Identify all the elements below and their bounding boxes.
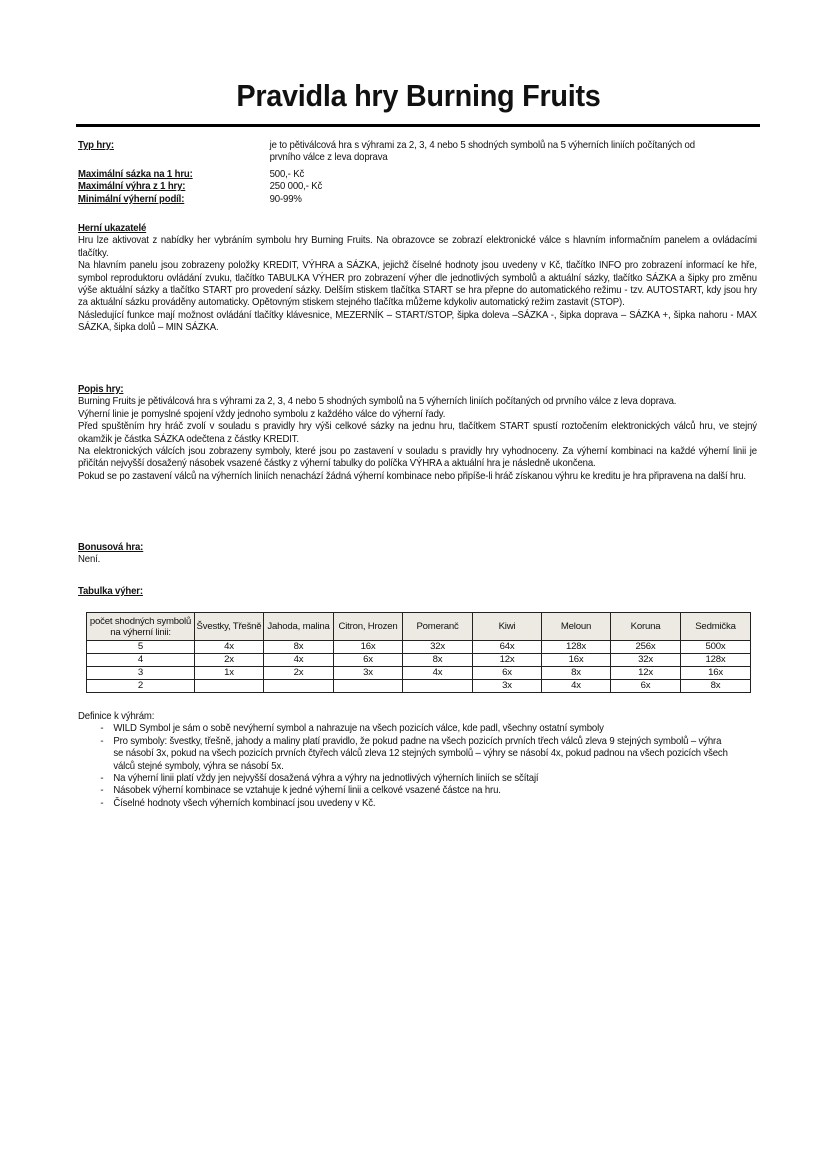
multiplier-cell: 16x	[334, 641, 403, 654]
info-value: 500,- Kč	[270, 169, 726, 181]
multiplier-cell: 4x	[264, 654, 334, 667]
definition-item: Pro symboly: švestky, třešně, jahody a m…	[100, 736, 729, 773]
info-value: 250 000,- Kč	[270, 181, 726, 193]
section-paytable: Tabulka výher:	[78, 586, 757, 598]
section-game-indicators: Herní ukazatelé Hru lze aktivovat z nabí…	[78, 223, 757, 335]
paytable-header-row: počet shodných symbolů na výherní linii:…	[87, 613, 751, 641]
info-label: Maximální výhra z 1 hry:	[78, 181, 185, 193]
info-row-max-bet: Maximální sázka na 1 hru: 500,- Kč	[78, 169, 729, 181]
multiplier-cell: 8x	[681, 680, 751, 693]
info-label: Maximální sázka na 1 hru:	[78, 169, 193, 181]
info-row-max-win: Maximální výhra z 1 hry: 250 000,- Kč	[78, 181, 729, 193]
paragraph: Na hlavním panelu jsou zobrazeny položky…	[78, 260, 757, 310]
paytable-column-header: Meloun	[542, 613, 611, 641]
paytable-row: 42x4x6x8x12x16x32x128x	[87, 654, 751, 667]
multiplier-cell	[195, 680, 264, 693]
info-row-game-type: Typ hry: je to pětiválcová hra s výhrami…	[78, 140, 729, 165]
multiplier-cell: 2x	[195, 654, 264, 667]
info-row-min-payout: Minimální výherní podíl: 90-99%	[78, 194, 729, 206]
multiplier-cell: 6x	[473, 667, 542, 680]
multiplier-cell: 8x	[403, 654, 473, 667]
paytable-column-header: Švestky, Třešně	[195, 613, 264, 641]
symbol-count-cell: 2	[87, 680, 195, 693]
paytable-row: 54x8x16x32x64x128x256x500x	[87, 641, 751, 654]
multiplier-cell: 32x	[611, 654, 681, 667]
paragraph: Před spuštěním hry hráč zvolí v souladu …	[78, 421, 757, 446]
symbol-count-cell: 5	[87, 641, 195, 654]
paytable-body: 54x8x16x32x64x128x256x500x42x4x6x8x12x16…	[87, 641, 751, 693]
multiplier-cell: 12x	[473, 654, 542, 667]
paragraph: Výherní linie je pomyslné spojení vždy j…	[78, 409, 757, 421]
multiplier-cell: 4x	[195, 641, 264, 654]
section-heading: Bonusová hra:	[78, 542, 757, 554]
definition-item: WILD Symbol je sám o sobě nevýherní symb…	[100, 723, 729, 735]
paytable-column-header: Sedmička	[681, 613, 751, 641]
multiplier-cell	[264, 680, 334, 693]
info-value: je to pětiválcová hra s výhrami za 2, 3,…	[270, 140, 726, 165]
multiplier-cell: 4x	[542, 680, 611, 693]
section-bonus-game: Bonusová hra: Není.	[78, 542, 757, 567]
paytable-column-header: Kiwi	[473, 613, 542, 641]
paragraph: Hru lze aktivovat z nabídky her vybráním…	[78, 235, 757, 260]
multiplier-cell: 8x	[542, 667, 611, 680]
multiplier-cell: 8x	[264, 641, 334, 654]
multiplier-cell: 32x	[403, 641, 473, 654]
multiplier-cell: 128x	[681, 654, 751, 667]
title-divider	[76, 124, 760, 127]
multiplier-cell	[334, 680, 403, 693]
symbol-count-cell: 4	[87, 654, 195, 667]
section-heading: Herní ukazatelé	[78, 223, 757, 235]
multiplier-cell: 3x	[334, 667, 403, 680]
section-heading: Popis hry:	[78, 384, 757, 396]
multiplier-cell: 6x	[611, 680, 681, 693]
multiplier-cell: 16x	[681, 667, 751, 680]
paytable-column-header: počet shodných symbolů na výherní linii:	[87, 613, 195, 641]
multiplier-cell: 16x	[542, 654, 611, 667]
paragraph: Na elektronických válcích jsou zobrazeny…	[78, 446, 757, 471]
paragraph: Pokud se po zastavení válců na výherních…	[78, 471, 757, 483]
symbol-count-cell: 3	[87, 667, 195, 680]
multiplier-cell: 1x	[195, 667, 264, 680]
paytable-column-header: Jahoda, malina	[264, 613, 334, 641]
paytable-row: 31x2x3x4x6x8x12x16x	[87, 667, 751, 680]
paytable-column-header: Koruna	[611, 613, 681, 641]
section-heading: Tabulka výher:	[78, 586, 757, 598]
paragraph: Není.	[78, 554, 757, 566]
paragraph: Burning Fruits je pětiválcová hra s výhr…	[78, 396, 757, 408]
info-label: Typ hry:	[78, 140, 114, 152]
section-game-description: Popis hry: Burning Fruits je pětiválcová…	[78, 384, 757, 483]
info-value: 90-99%	[270, 194, 726, 206]
definition-item: Násobek výherní kombinace se vztahuje k …	[100, 785, 729, 797]
multiplier-cell: 2x	[264, 667, 334, 680]
win-definitions: Definice k výhrám: WILD Symbol je sám o …	[78, 711, 729, 810]
multiplier-cell: 4x	[403, 667, 473, 680]
info-label: Minimální výherní podíl:	[78, 194, 184, 206]
multiplier-cell: 500x	[681, 641, 751, 654]
multiplier-cell: 3x	[473, 680, 542, 693]
document-title: Pravidla hry Burning Fruits	[29, 78, 807, 114]
document-page: Pravidla hry Burning Fruits Typ hry: je …	[0, 0, 827, 1169]
definitions-heading: Definice k výhrám:	[78, 711, 729, 723]
paytable-column-header: Pomeranč	[403, 613, 473, 641]
multiplier-cell: 12x	[611, 667, 681, 680]
paytable-row: 23x4x6x8x	[87, 680, 751, 693]
paytable-column-header: Citron, Hrozen	[334, 613, 403, 641]
definitions-list: WILD Symbol je sám o sobě nevýherní symb…	[78, 723, 729, 810]
paytable: počet shodných symbolů na výherní linii:…	[86, 612, 751, 693]
multiplier-cell: 128x	[542, 641, 611, 654]
multiplier-cell	[403, 680, 473, 693]
definition-item: Číselné hodnoty všech výherních kombinac…	[100, 798, 729, 810]
game-info: Typ hry: je to pětiválcová hra s výhrami…	[78, 140, 729, 206]
multiplier-cell: 64x	[473, 641, 542, 654]
paragraph: Následující funkce mají možnost ovládání…	[78, 310, 757, 335]
multiplier-cell: 256x	[611, 641, 681, 654]
definition-item: Na výherní linii platí vždy jen nejvyšší…	[100, 773, 729, 785]
multiplier-cell: 6x	[334, 654, 403, 667]
